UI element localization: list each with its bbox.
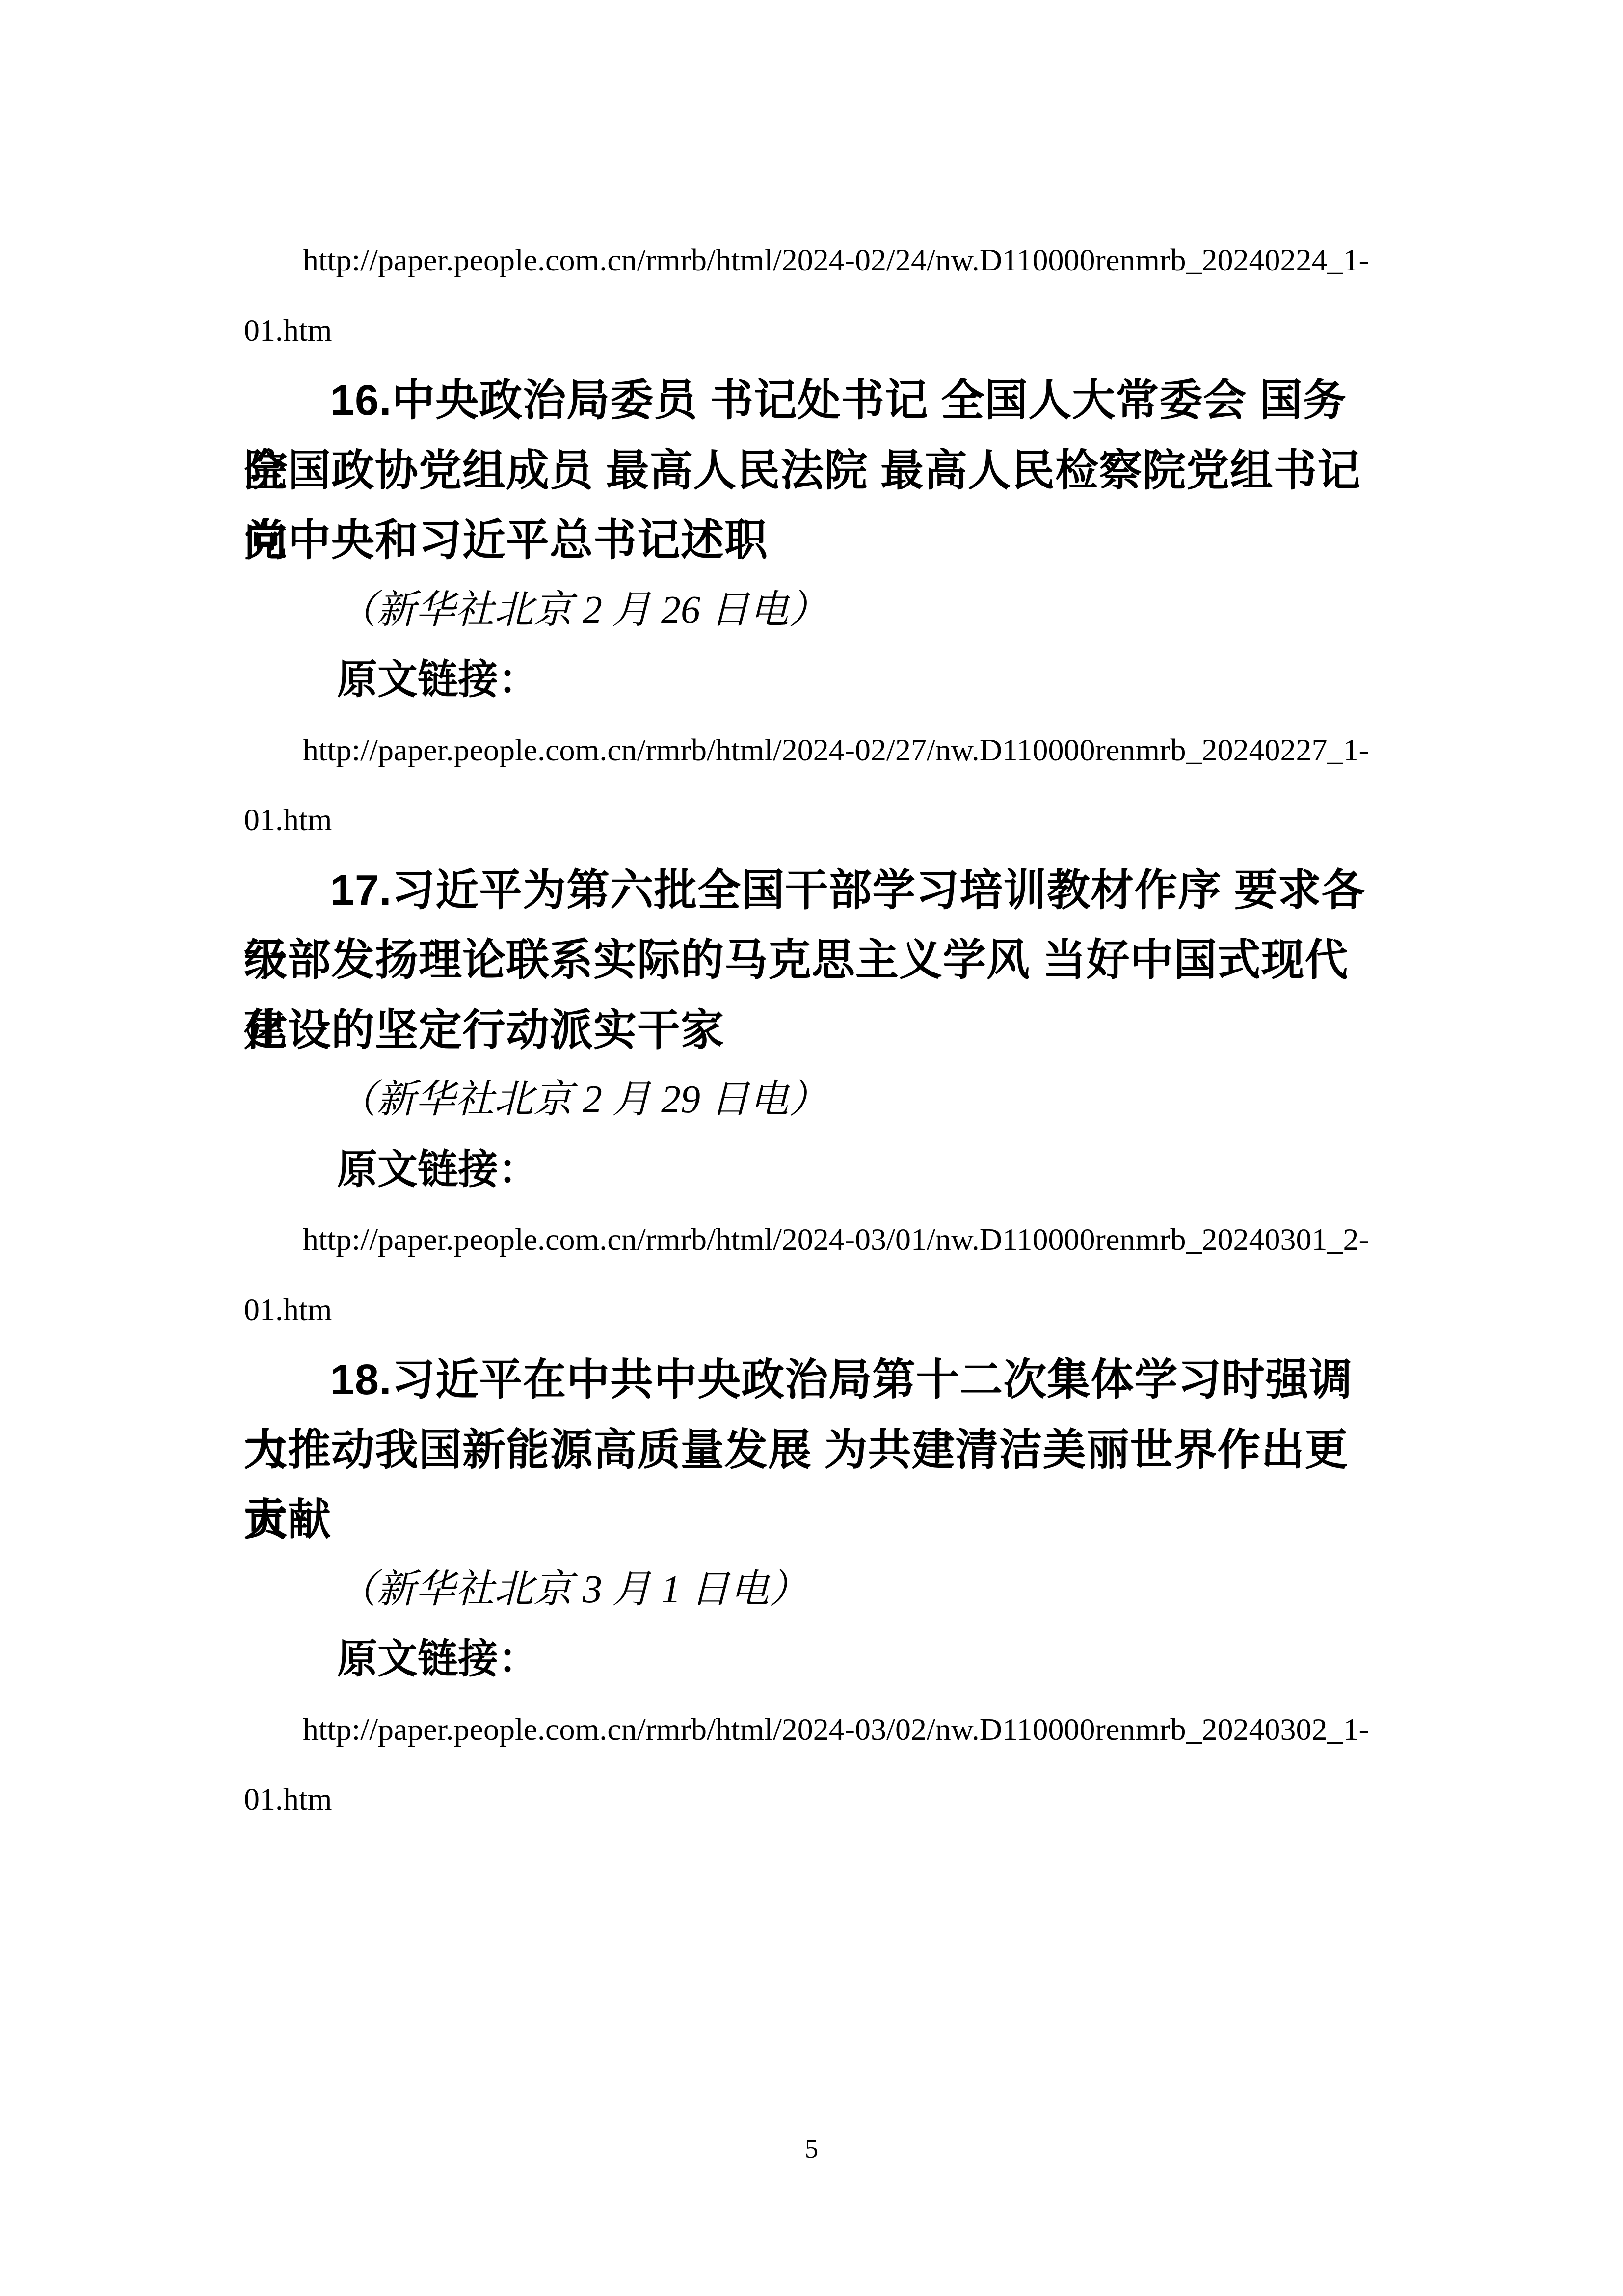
entry-18-title-line-2: 力推动我国新能源高质量发展 为共建清洁美丽世界作出更大 [244,1415,1379,1485]
page-number: 5 [0,2133,1623,2164]
entry-16-title-line-3: 党中央和习近平总书记述职 [244,505,1379,575]
entry-18-url-line-1[interactable]: http://paper.people.com.cn/rmrb/html/202… [244,1695,1379,1765]
document-page: http://paper.people.com.cn/rmrb/html/202… [0,0,1623,2296]
entry-16: 16.中央政治局委员 书记处书记 全国人大常委会 国务院 全国政协党组成员 最高… [244,365,1379,855]
entry-18: 18.习近平在中共中央政治局第十二次集体学习时强调 大 力推动我国新能源高质量发… [244,1345,1379,1835]
entry-17-url-line-2[interactable]: 01.htm [244,1275,1379,1345]
entry-17-title-line-2: 干部发扬理论联系实际的马克思主义学风 当好中国式现代化 [244,925,1379,995]
entry-17: 17.习近平为第六批全国干部学习培训教材作序 要求各级 干部发扬理论联系实际的马… [244,855,1379,1345]
page-content: http://paper.people.com.cn/rmrb/html/202… [244,225,1379,1835]
entry-18-title-line-1: 18.习近平在中共中央政治局第十二次集体学习时强调 大 [244,1345,1379,1415]
entry-16-url-line-2[interactable]: 01.htm [244,785,1379,855]
entry-16-title-line-2: 全国政协党组成员 最高人民法院 最高人民检察院党组书记向 [244,435,1379,506]
entry-17-title-line-1: 17.习近平为第六批全国干部学习培训教材作序 要求各级 [244,855,1379,925]
entry-18-url-line-2[interactable]: 01.htm [244,1764,1379,1835]
entry-16-title-line-1: 16.中央政治局委员 书记处书记 全国人大常委会 国务院 [244,365,1379,435]
entry-16-url-line-1[interactable]: http://paper.people.com.cn/rmrb/html/202… [244,715,1379,785]
entry-17-title-line-3: 建设的坚定行动派实干家 [244,995,1379,1065]
entry-18-source-link-label: 原文链接： [244,1624,1379,1695]
entry-16-source-link-label: 原文链接： [244,645,1379,715]
entry-18-title-line-3: 贡献 [244,1485,1379,1555]
carryover-url-line-2[interactable]: 01.htm [244,296,1379,366]
carryover-url-line-1[interactable]: http://paper.people.com.cn/rmrb/html/202… [244,225,1379,296]
entry-18-dateline: （新华社北京 3 月 1 日电） [244,1555,1379,1625]
entry-17-dateline: （新华社北京 2 月 29 日电） [244,1065,1379,1135]
entry-17-url-line-1[interactable]: http://paper.people.com.cn/rmrb/html/202… [244,1205,1379,1275]
entry-17-source-link-label: 原文链接： [244,1135,1379,1205]
entry-16-dateline: （新华社北京 2 月 26 日电） [244,575,1379,646]
